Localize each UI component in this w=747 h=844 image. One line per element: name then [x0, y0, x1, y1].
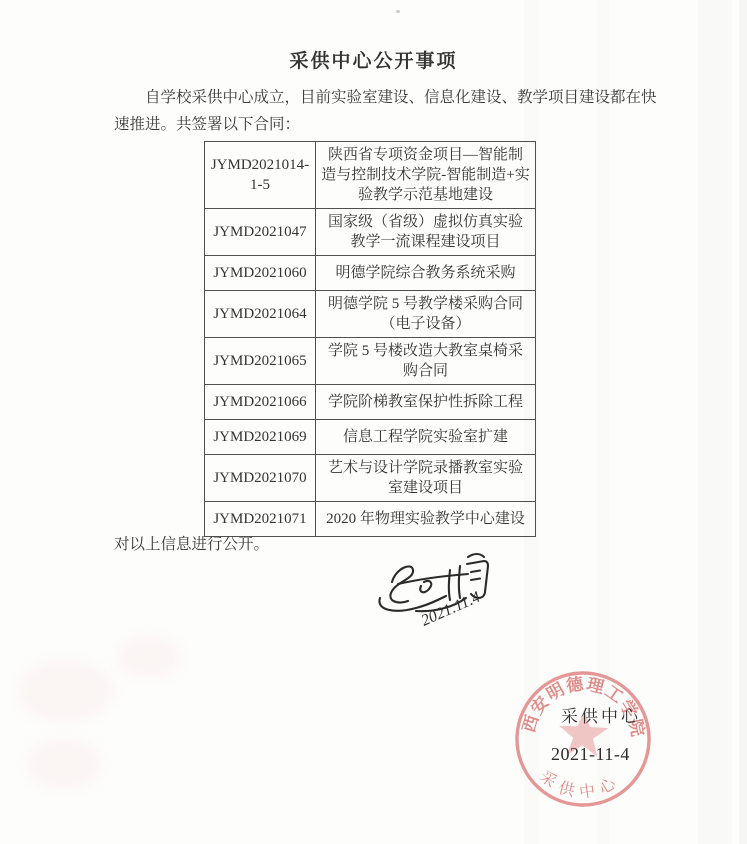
intro-line-1: 自学校采供中心成立，目前实验室建设、信息化建设、教学项目建设都在快	[114, 84, 708, 111]
table-row: JYMD2021014-1-5 陕西省专项资金项目—智能制造与控制技术学院-智能…	[205, 142, 536, 209]
contract-name-cell: 艺术与设计学院录播教室实验室建设项目	[316, 455, 536, 502]
ink-smudge	[28, 738, 100, 790]
contract-name-cell: 陕西省专项资金项目—智能制造与控制技术学院-智能制造+实验教学示范基地建设	[316, 142, 536, 209]
scan-speck	[396, 10, 400, 13]
table-row: JYMD2021064 明德学院 5 号教学楼采购合同（电子设备）	[205, 291, 536, 338]
department-name: 采供中心	[561, 702, 641, 727]
contract-id-cell: JYMD2021069	[205, 420, 316, 455]
contract-id-cell: JYMD2021070	[205, 455, 316, 502]
page-title: 采供中心公开事项	[0, 46, 747, 73]
intro-line-2: 速推进。共签署以下合同：	[114, 111, 708, 138]
contract-id-cell: JYMD2021060	[205, 256, 316, 291]
contracts-table: JYMD2021014-1-5 陕西省专项资金项目—智能制造与控制技术学院-智能…	[204, 141, 536, 537]
contract-id-cell: JYMD2021047	[205, 209, 316, 256]
handwritten-signature: 2021.11.4	[368, 548, 518, 640]
contract-name-cell: 学院阶梯教室保护性拆除工程	[316, 385, 536, 420]
table-row: JYMD2021070 艺术与设计学院录播教室实验室建设项目	[205, 455, 536, 502]
closing-statement: 对以上信息进行公开。	[114, 532, 269, 554]
scan-streak	[739, 0, 747, 844]
table-row: JYMD2021065 学院 5 号楼改造大教室桌椅采购合同	[205, 338, 536, 385]
handwritten-date: 2021.11.4	[419, 589, 483, 630]
contract-id-cell: JYMD2021064	[205, 291, 316, 338]
table-row: JYMD2021069 信息工程学院实验室扩建	[205, 420, 536, 455]
contract-name-cell: 国家级（省级）虚拟仿真实验教学一流课程建设项目	[316, 209, 536, 256]
contract-name-cell: 信息工程学院实验室扩建	[316, 420, 536, 455]
contract-id-cell: JYMD2021014-1-5	[205, 142, 316, 209]
table-row: JYMD2021060 明德学院综合教务系统采购	[205, 256, 536, 291]
intro-paragraph: 自学校采供中心成立，目前实验室建设、信息化建设、教学项目建设都在快 速推进。共签…	[114, 84, 708, 138]
contract-name-cell: 2020 年物理实验教学中心建设	[316, 502, 536, 537]
table-row: JYMD2021047 国家级（省级）虚拟仿真实验教学一流课程建设项目	[205, 209, 536, 256]
ink-smudge	[118, 636, 180, 678]
contract-id-cell: JYMD2021066	[205, 385, 316, 420]
contract-id-cell: JYMD2021065	[205, 338, 316, 385]
contract-name-cell: 学院 5 号楼改造大教室桌椅采购合同	[316, 338, 536, 385]
table-row: JYMD2021066 学院阶梯教室保护性拆除工程	[205, 385, 536, 420]
contract-name-cell: 明德学院 5 号教学楼采购合同（电子设备）	[316, 291, 536, 338]
contract-name-cell: 明德学院综合教务系统采购	[316, 256, 536, 291]
document-date: 2021-11-4	[551, 744, 630, 765]
ink-smudge	[18, 660, 113, 722]
official-seal-stamp: 西安明德理工学院 采供中心	[500, 657, 666, 823]
